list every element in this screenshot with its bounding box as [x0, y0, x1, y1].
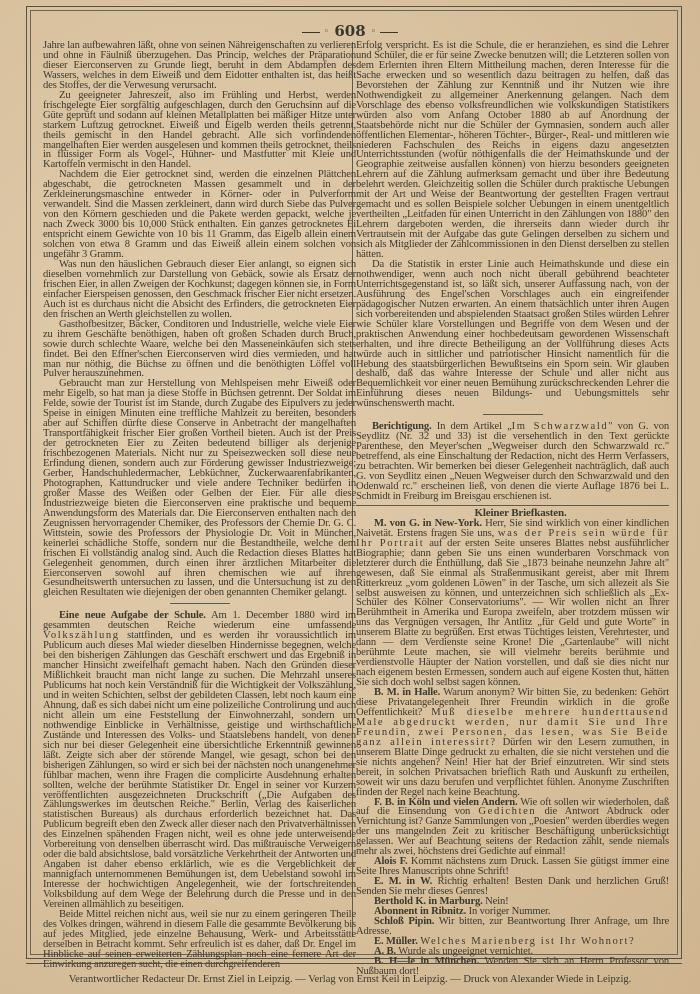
left-column: Jahre lan aufbewahren läßt, ohne von sei… — [43, 41, 356, 970]
right-column: Erfolg verspricht. Es ist die Schule, di… — [356, 41, 669, 977]
entry-text: Dürfen wir den Lesern zumuthen, in unser… — [356, 737, 669, 798]
footer-divider — [26, 963, 682, 964]
section-divider-full — [356, 505, 669, 506]
mailbox-entry: Schloß Pipin. Wir bitten, zur Beantwortu… — [356, 917, 669, 937]
mailbox-entries: M. von G. in New-York. Herr, Sie sind wi… — [356, 519, 669, 977]
mailbox-entry: M. von G. in New-York. Herr, Sie sind wi… — [356, 519, 669, 688]
article-text: stattfinden, und es werden ihr voraussic… — [43, 630, 356, 910]
correction-text: " von G. von Seydlitz (Nr. 32 und 33) is… — [356, 421, 669, 502]
paragraph: Gebraucht man zur Herstellung von Mehlsp… — [43, 379, 356, 598]
paragraph: Da die Statistik in erster Linie auch He… — [356, 260, 669, 409]
ornament-dot: ◦ — [371, 27, 376, 37]
paragraph: Erfolg verspricht. Es ist die Schule, di… — [356, 41, 669, 260]
page-number-value: 608 — [334, 22, 365, 40]
article-paragraph: Eine neue Aufgabe der Schule. Am 1. Dece… — [43, 611, 356, 910]
ornament-line — [380, 32, 398, 33]
correction-paragraph: Berichtigung. In dem Artikel „Im Schwarz… — [356, 422, 669, 502]
mailbox-entry: F. B. in Köln und vielen Andern. Wie oft… — [356, 798, 669, 858]
ornament-dot: ◦ — [324, 27, 329, 37]
paragraph: Beide Mittel reichen nicht aus, weil sie… — [43, 910, 356, 970]
paragraph: Gasthofbesitzer, Bäcker, Conditoren und … — [43, 320, 356, 380]
paragraph: Jahre lan aufbewahren läßt, ohne von sei… — [43, 41, 356, 91]
entry-text: auf der ersten Seite unseres Blattes neb… — [356, 538, 669, 688]
mailbox-entry: B. M. in Halle. Warum anonym? Wir bitten… — [356, 688, 669, 797]
section-divider — [170, 603, 230, 604]
mailbox-entry: Alois F. Kommt nächstens zum Druck. Lass… — [356, 857, 669, 877]
mailbox-entry: E. M. in W. Richtig erhalten! Besten Dan… — [356, 877, 669, 897]
page-number: ◦ 608 ◦ — [0, 22, 700, 40]
imprint-footer: Verantwortlicher Redacteur Dr. Ernst Zie… — [0, 974, 700, 985]
paragraph: Zu geeigneter Jahreszeit, also im Frühli… — [43, 91, 356, 171]
paragraph: Nachdem die Eier getrocknet sind, werden… — [43, 170, 356, 260]
paragraph: Was nun den häuslichen Gebrauch dieser E… — [43, 260, 356, 320]
ornament-line — [302, 32, 320, 33]
section-divider — [483, 414, 543, 415]
